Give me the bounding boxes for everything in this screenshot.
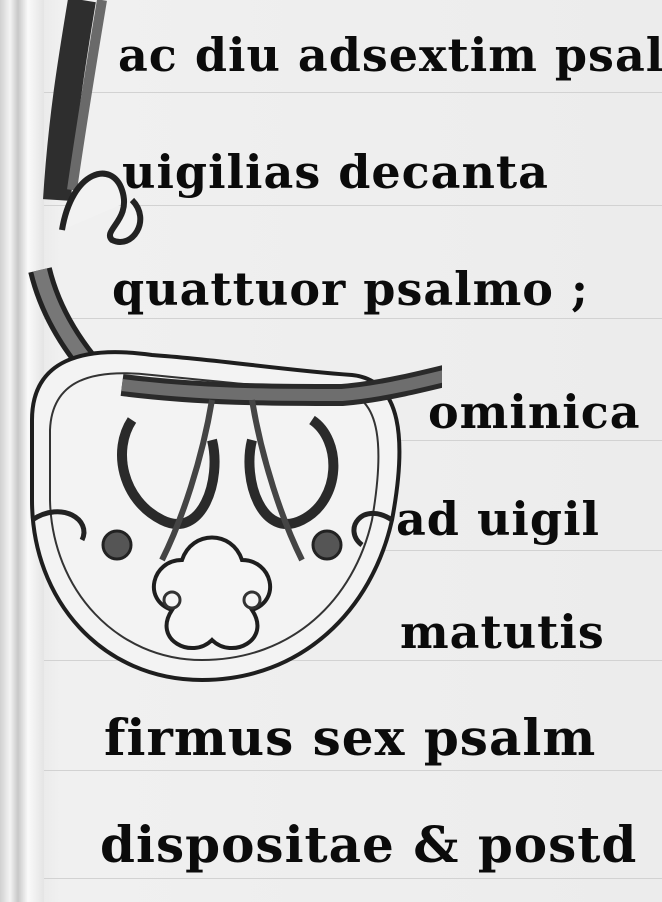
ruling-line: [44, 770, 662, 771]
ruling-line: [44, 878, 662, 879]
manuscript-line-1: ac diu adsextim psal: [118, 28, 662, 82]
manuscript-line-4: ominica: [428, 385, 641, 439]
manuscript-line-2: uigilias decanta: [122, 145, 549, 199]
manuscript-line-8: dispositae & postd: [100, 815, 637, 874]
manuscript-line-3: quattuor psalmo ;: [112, 262, 589, 316]
manuscript-line-7: firmus sex psalm: [104, 708, 596, 767]
decorated-initial-d-icon: [22, 0, 442, 700]
manuscript-line-5: ad uigil: [396, 492, 600, 546]
manuscript-line-6: matutis: [400, 605, 605, 659]
manuscript-page: ac diu adsextim psal uigilias decanta qu…: [0, 0, 662, 902]
